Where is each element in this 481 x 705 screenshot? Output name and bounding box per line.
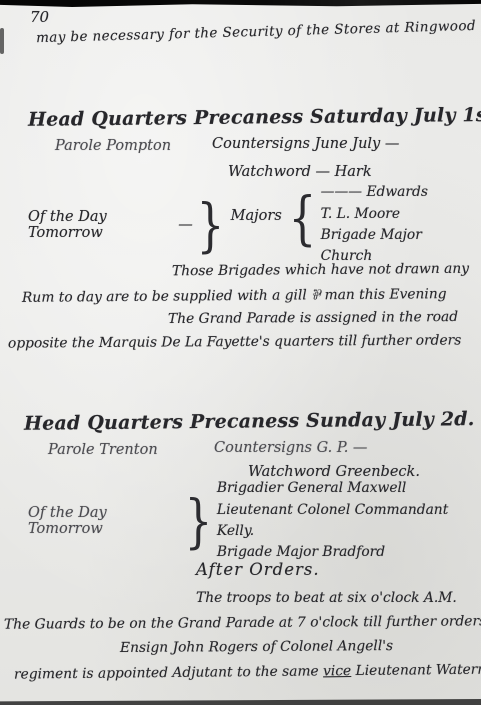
entry1-order-line: Those Brigades which have not drawn any (172, 261, 469, 280)
entry2-officers-list: Brigadier General Maxwell Lieutenant Col… (217, 478, 476, 564)
entry1-headquarters-header: Head Quarters Precaness Saturday July 1s… (28, 103, 481, 131)
entry2-headquarters-header: Head Quarters Precaness Sunday July 2d. … (24, 407, 481, 435)
entry1-officers-label: Of the Day Tomorrow (28, 209, 176, 241)
scan-artifact-top-edge (0, 0, 481, 7)
after-orders-line: The troops to beat at six o'clock A.M. (196, 590, 457, 606)
entry1-closing-brace: } (196, 196, 224, 254)
entry2-officer: Lieutenant Colonel Commandant Kelly. (217, 500, 476, 543)
entry1-order-line: The Grand Parade is assigned in the road (168, 309, 458, 327)
marginalia-line: may be necessary for the Security of the… (36, 18, 476, 46)
entry2-parole: Parole Trenton (48, 442, 158, 458)
entry1-watchword: Watchword — Hark (228, 164, 372, 180)
entry1-officer: T. L. Moore (321, 204, 468, 225)
after-orders-line: The Guards to be on the Grand Parade at … (4, 613, 481, 632)
entry2-closing-brace: } (185, 492, 213, 550)
after-orders-vice-underlined: vice (323, 663, 351, 679)
entry2-officers-label: Of the Day Tomorrow (28, 505, 178, 537)
after-orders-last-line-pre: regiment is appointed Adjutant to the sa… (14, 663, 323, 682)
entry1-order-line: opposite the Marquis De La Fayette's qua… (8, 332, 461, 351)
entry1-officers-list: ——— Edwards T. L. Moore Brigade Major Ch… (321, 182, 468, 268)
scan-artifact-bottom-edge (0, 699, 481, 705)
entry2-officers-of-the-day: Of the Day Tomorrow } Brigadier General … (28, 488, 476, 554)
after-orders-line: Ensign John Rogers of Colonel Angell's (120, 638, 393, 656)
manuscript-page: 70 may be necessary for the Security of … (0, 0, 481, 705)
entry1-officers-dash: — (178, 217, 192, 233)
after-orders-last-line: regiment is appointed Adjutant to the sa… (14, 661, 481, 682)
entry2-countersign: Countersigns G. P. — (214, 440, 367, 456)
after-orders-heading: After Orders. (196, 560, 320, 579)
entry1-opening-brace: { (288, 189, 316, 247)
scan-artifact-left-mark (0, 28, 4, 54)
entry1-group-label: Majors (231, 208, 282, 224)
entry1-officers-of-the-day: Of the Day Tomorrow — } Majors { ——— Edw… (28, 192, 468, 258)
after-orders-last-line-post: Lieutenant Waterman (351, 661, 481, 679)
entry2-officer: Brigadier General Maxwell (217, 478, 476, 499)
page-number: 70 (30, 8, 49, 26)
entry1-officer: ——— Edwards (321, 182, 468, 203)
entry1-countersign: Countersigns June July — (212, 136, 399, 152)
entry1-order-line: Rum to day are to be supplied with a gil… (22, 284, 447, 307)
entry1-parole: Parole Pompton (55, 138, 171, 154)
